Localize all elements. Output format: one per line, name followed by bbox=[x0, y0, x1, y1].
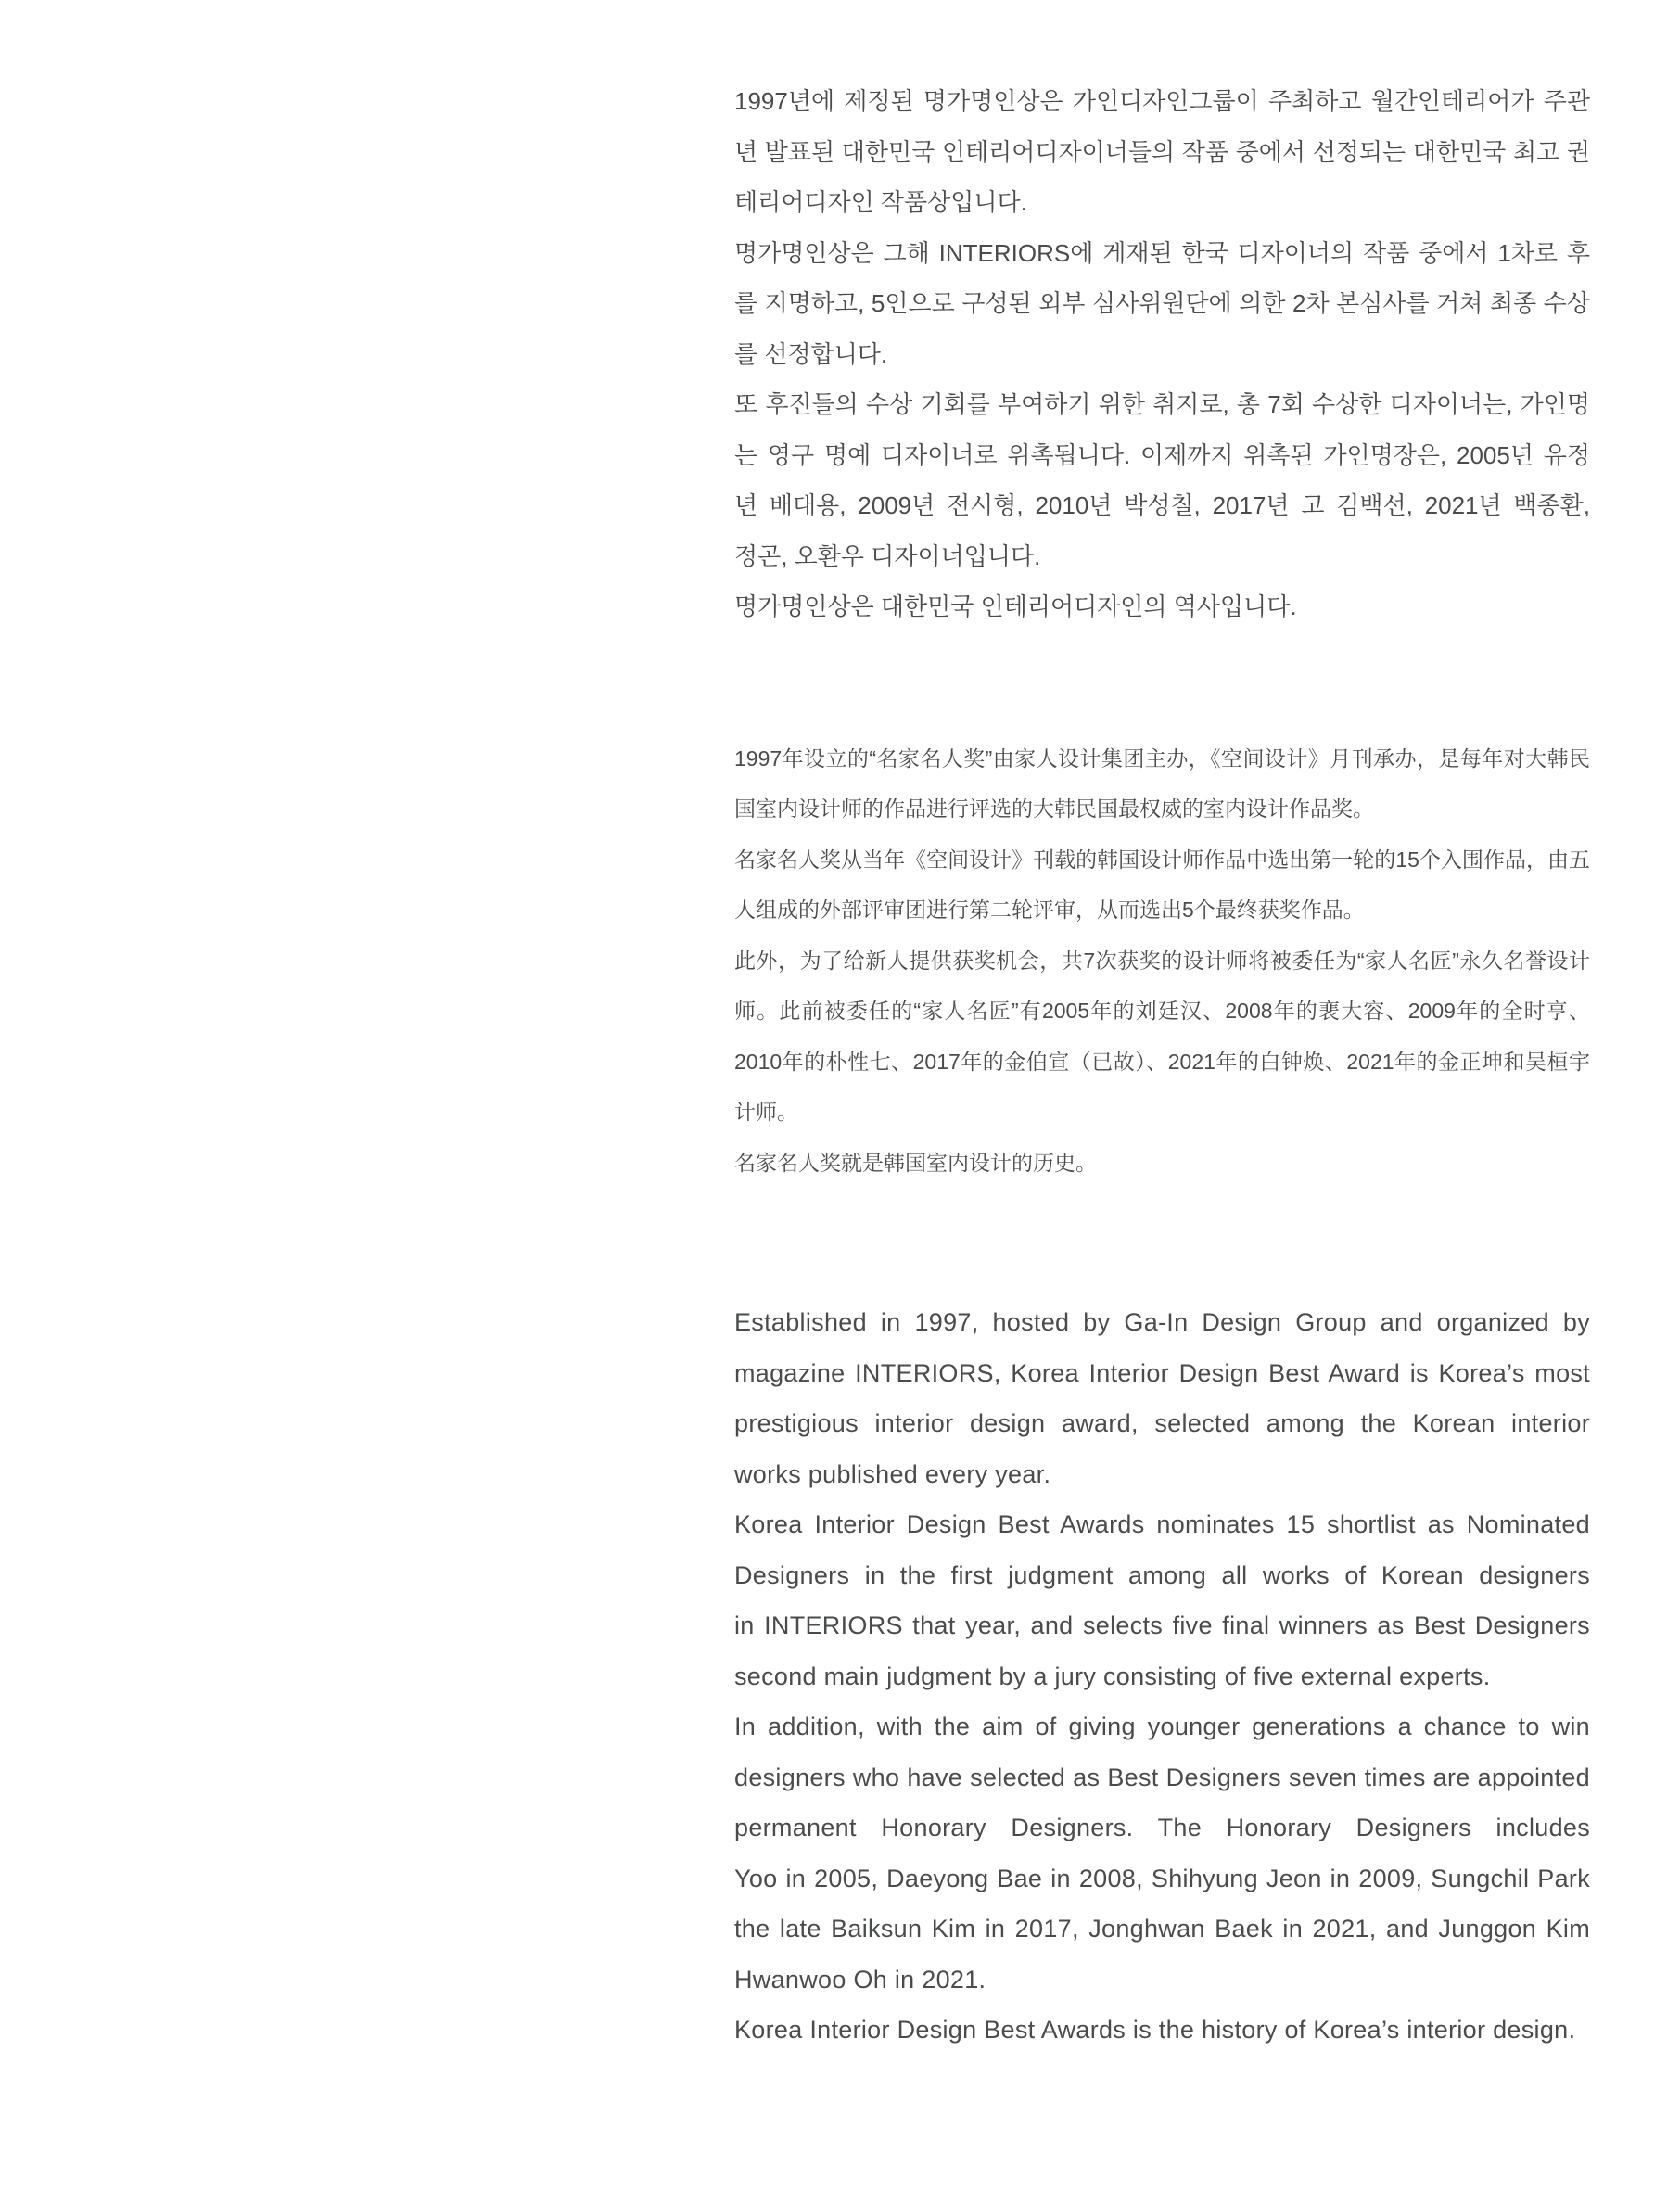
text-line: 名家名人奖从当年《空间设计》刊载的韩国设计师作品中选出第一轮的15个入围作品，由… bbox=[734, 834, 1590, 885]
text-line: 테리어디자인 작품상입니다. bbox=[734, 177, 1590, 228]
korean-paragraph: 1997년에 제정된 명가명인상은 가인디자인그룹이 주최하고 월간인테리어가 … bbox=[734, 76, 1590, 632]
text-line: in INTERIORS that year, and selects five… bbox=[734, 1600, 1590, 1651]
text-line: 는 영구 명예 디자이너로 위촉됩니다. 이제까지 위촉된 가인명장은, 200… bbox=[734, 430, 1590, 481]
text-line: Established in 1997, hosted by Ga-In Des… bbox=[734, 1297, 1590, 1348]
text-line: designers who have selected as Best Desi… bbox=[734, 1752, 1590, 1803]
text-line: works published every year. bbox=[734, 1449, 1590, 1500]
text-line: 名家名人奖就是韩国室内设计的历史。 bbox=[734, 1138, 1590, 1189]
text-line: 计师。 bbox=[734, 1087, 1590, 1138]
chinese-paragraph: 1997年设立的“名家名人奖”由家人设计集团主办，《空间设计》月刊承办，是每年对… bbox=[734, 733, 1590, 1189]
text-line: second main judgment by a jury consistin… bbox=[734, 1651, 1590, 1702]
text-line: 1997년에 제정된 명가명인상은 가인디자인그룹이 주최하고 월간인테리어가 … bbox=[734, 76, 1590, 127]
text-line: 명가명인상은 그해 INTERIORS에 게재된 한국 디자이너의 작품 중에서… bbox=[734, 228, 1590, 279]
text-line: 년 배대용, 2009년 전시형, 2010년 박성칠, 2017년 고 김백선… bbox=[734, 480, 1590, 531]
text-line: magazine INTERIORS, Korea Interior Desig… bbox=[734, 1348, 1590, 1399]
text-line: the late Baiksun Kim in 2017, Jonghwan B… bbox=[734, 1904, 1590, 1955]
text-line: Designers in the first judgment among al… bbox=[734, 1550, 1590, 1601]
text-column: 1997년에 제정된 명가명인상은 가인디자인그룹이 주최하고 월간인테리어가 … bbox=[734, 76, 1590, 2056]
document-page: 1997년에 제정된 명가명인상은 가인디자인그룹이 주최하고 월간인테리어가 … bbox=[0, 0, 1680, 2191]
text-line: 를 선정합니다. bbox=[734, 329, 1590, 380]
text-line: prestigious interior design award, selec… bbox=[734, 1398, 1590, 1449]
text-line: 또 후진들의 수상 기회를 부여하기 위한 취지로, 총 7회 수상한 디자이너… bbox=[734, 379, 1590, 430]
text-line: 를 지명하고, 5인으로 구성된 외부 심사위원단에 의한 2차 본심사를 거쳐… bbox=[734, 278, 1590, 329]
text-line: 人组成的外部评审团进行第二轮评审，从而选出5个最终获奖作品。 bbox=[734, 885, 1590, 936]
text-line: Yoo in 2005, Daeyong Bae in 2008, Shihyu… bbox=[734, 1853, 1590, 1904]
text-line: 년 발표된 대한민국 인테리어디자이너들의 작품 중에서 선정되는 대한민국 최… bbox=[734, 127, 1590, 178]
text-line: 정곤, 오환우 디자이너입니다. bbox=[734, 531, 1590, 582]
text-line: 此外，为了给新人提供获奖机会，共7次获奖的设计师将被委任为“家人名匠”永久名誉设… bbox=[734, 936, 1590, 987]
text-line: 명가명인상은 대한민국 인테리어디자인의 역사입니다. bbox=[734, 581, 1590, 632]
text-line: permanent Honorary Designers. The Honora… bbox=[734, 1802, 1590, 1853]
english-paragraph: Established in 1997, hosted by Ga-In Des… bbox=[734, 1297, 1590, 2056]
text-line: Hwanwoo Oh in 2021. bbox=[734, 1955, 1590, 2006]
text-line: 师。此前被委任的“家人名匠”有2005年的刘廷汉、2008年的裵大容、2009年… bbox=[734, 986, 1590, 1037]
text-line: 2010年的朴性七、2017年的金伯宣（已故）、2021年的白钟焕、2021年的… bbox=[734, 1037, 1590, 1088]
text-line: 1997年设立的“名家名人奖”由家人设计集团主办，《空间设计》月刊承办，是每年对… bbox=[734, 733, 1590, 784]
text-line: 国室内设计师的作品进行评选的大韩民国最权威的室内设计作品奖。 bbox=[734, 783, 1590, 834]
text-line: Korea Interior Design Best Awards is the… bbox=[734, 2005, 1590, 2056]
text-line: Korea Interior Design Best Awards nomina… bbox=[734, 1499, 1590, 1550]
text-line: In addition, with the aim of giving youn… bbox=[734, 1701, 1590, 1752]
